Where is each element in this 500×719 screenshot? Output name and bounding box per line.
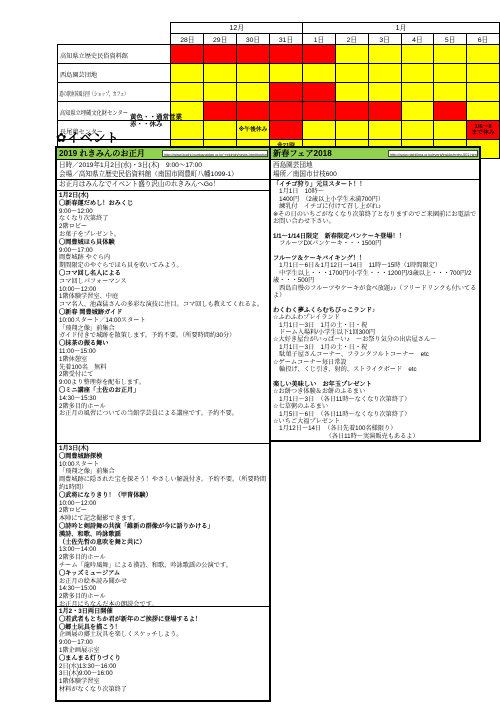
calendar-cell-open <box>368 64 401 83</box>
calendar-date-header: 5日 <box>434 34 467 45</box>
rekimin-event-panel: 2019 れきみんのお正月 http://www.kochi-bunkazaid… <box>55 146 271 702</box>
event-line: 漢詩、和歌、吟詠歌謡 <box>59 531 267 539</box>
calendar-month-row: 12月1月 <box>58 23 500 34</box>
event-line: ☆ゲームコーナー毎日常設 <box>273 359 477 366</box>
event-line: 1月2日(水) <box>59 192 267 200</box>
rekimin-venue: 会場／高知県立歴史民俗資料館（南国市岡豊町八幡1099-1） <box>59 170 267 179</box>
event-line: フルーツDXパンケーキ・・・1500円 <box>273 240 477 247</box>
calendar-cell-closed <box>303 83 336 102</box>
event-line: 中学生以上・・・1700円/小学生・・・1200円/3歳以上・・・700円/2歳… <box>273 270 477 285</box>
event-line: 1月3日(木) <box>59 445 267 453</box>
event-line: 2階多目的ホール <box>59 593 267 601</box>
event-line: 〇抹茶の振る舞い <box>59 340 267 348</box>
event-line: ガイド付きで城跡を散策します。予約不要。（所要時間約30分） <box>59 332 267 340</box>
calendar-cell-closed: 1/6～8 まで休み <box>467 121 500 140</box>
event-line: 1月1日 10時～ <box>273 188 477 195</box>
calendar-cell-closed <box>434 102 467 121</box>
event-line: 材料がなくなり次第終了 <box>59 686 267 694</box>
calendar-cell-open <box>204 121 237 140</box>
calendar-date-header: 31日 <box>269 34 302 45</box>
calendar-cell-closed <box>269 83 302 102</box>
event-line: 駄菓子屋さんコーナー、フランクフルトコーナー etc <box>273 351 477 358</box>
event-line: （土佐先哲の息吹を舞と共に） <box>59 539 267 547</box>
calendar-cell-open <box>368 83 401 102</box>
calendar-cell-open <box>467 64 500 83</box>
event-line: ☆大好き屋台がいっぱ～い♪ ～お祭り気分の出店屋さん～ <box>273 336 477 343</box>
rekimin-url[interactable]: http://www.kochi-bunkazaidan.or.jp/~reki… <box>162 150 268 157</box>
event-line: 1月1日～3日 1月の土・日・祝 <box>273 322 477 329</box>
event-line: お正月の風習についての当館学芸員による講座です。予約不要。 <box>59 410 267 418</box>
calendar-cell-open <box>401 45 434 64</box>
calendar-cell-closed <box>303 45 336 64</box>
event-line: 期間限定のやぐらでほら貝を吹いてみよう。 <box>59 262 267 270</box>
nishijima-event-panel: 新春フェア2018 http://www.nishijima.or.jp/eve… <box>269 146 481 442</box>
event-line: 11:00～15:00 <box>59 348 267 356</box>
calendar-row: 高知県立歴史民俗資料館 <box>58 45 500 64</box>
calendar-date-header: 1日 <box>303 34 336 45</box>
event-line: お菓子をプレゼント。 <box>59 231 267 239</box>
nishijima-section-main: 「イチゴ狩り」元旦スタート！！ 1月1日 10時～ 1400円 （2歳以上小学生… <box>271 180 479 440</box>
legend-closed: 赤・・休み <box>130 121 182 128</box>
calendar-cell-note: ※午後休み <box>237 127 269 133</box>
calendar-row: 長尾鶏センター※午後休み1/6～8 まで休み <box>58 121 500 140</box>
calendar-cell-open <box>335 121 368 140</box>
event-line: 1月5日～6日 （各日11時～なくなり次第終了） <box>273 411 477 418</box>
facility-name-label: 道の駅南国風良里（ショップ、カフェ） <box>58 89 128 98</box>
event-line: 1月1日～3日 （各日11時～なくなり次第終了） <box>273 396 477 403</box>
event-line: お正月の絵本読み聞かせ <box>59 578 267 586</box>
rekimin-intro: お正月はみんなでイベント盛り沢山のれきみんへGo！ <box>57 180 269 191</box>
calendar-cell-open <box>434 121 467 140</box>
event-line <box>273 299 477 306</box>
calendar-date-header: 30日 <box>237 34 270 45</box>
calendar-cell-closed <box>303 102 336 121</box>
event-line: 〇新春 岡豊城跡ガイド <box>59 309 267 317</box>
rekimin-datetime: 日時／2019年1月2日(水)・3日(木) 9:00～17:00 <box>59 161 267 170</box>
facility-name: 道の駅南国風良里（ショップ、カフェ） <box>58 83 171 102</box>
calendar-date-header: 4日 <box>401 34 434 45</box>
calendar-cell-note: 1/6～8 まで休み <box>467 124 499 137</box>
event-line: ☆お餅つき体験＆お餅のふるまい <box>273 388 477 395</box>
event-line: 14:30～15:00 <box>59 585 267 593</box>
event-line: 2階受付にて <box>59 371 267 379</box>
calendar-row: 道の駅南国風良里（ショップ、カフェ） <box>58 83 500 102</box>
facility-calendar-table: 12月1月 28日29日30日31日1日2日3日4日5日6日 高知県立歴史民俗資… <box>57 22 500 159</box>
calendar-cell-open <box>467 45 500 64</box>
calendar-cell-open <box>434 83 467 102</box>
calendar-cell-open <box>401 83 434 102</box>
event-line: 1階体験学習室 <box>59 678 267 686</box>
events-section-title: ✿イベント <box>56 128 119 146</box>
nishijima-url[interactable]: http://www.nishijima.or.jp/event/inside/… <box>388 150 478 157</box>
facility-name-label: 高知県立歴史民俗資料館 <box>58 51 128 60</box>
calendar-cell-open: ※午後休み <box>237 121 270 140</box>
event-line: 2階多目的ホール <box>59 554 267 562</box>
event-line: 9:00より整理券を配布します。 <box>59 379 267 387</box>
calendar-cell-closed <box>269 121 302 140</box>
nishijima-name: 西島園芸団地 <box>273 161 477 170</box>
calendar-cell-open <box>368 45 401 64</box>
calendar-cell-closed <box>204 102 237 121</box>
event-line: 〇詩吟と剣詩舞の共演「維新の群像が今に語りかける」 <box>59 523 267 531</box>
calendar-cell-closed <box>269 102 302 121</box>
rekimin-section-jan2: 1月2日(水)〇新春運だめし！おみくじ9:00～12:00なくなり次第終了2階ロ… <box>57 191 269 444</box>
nishijima-info: 西島園芸団地 場所／南国市廿枝600 <box>271 160 479 180</box>
calendar-cell-open <box>204 83 237 102</box>
facility-name-label: 高知県立埋蔵文化財センター <box>58 108 128 117</box>
event-line: 輪投げ、くじ引き、射的、ストライクボード etc <box>273 366 477 373</box>
facility-name: 高知県立歴史民俗資料館 <box>58 45 171 64</box>
facility-name: 西島園芸団地 <box>58 64 171 83</box>
page: 12月1月 28日29日30日31日1日2日3日4日5日6日 高知県立歴史民俗資… <box>0 0 500 719</box>
calendar-row: 西島園芸団地 <box>58 64 500 83</box>
calendar-cell-open <box>467 83 500 102</box>
event-line: 〇コマ回し名人による <box>59 270 267 278</box>
calendar-cell-open <box>237 83 270 102</box>
event-line: 1月1日～6日＆1月12日～14日 11時～15時（1時間限定） <box>273 262 477 269</box>
event-line <box>273 374 477 381</box>
calendar-cell-closed <box>204 45 237 64</box>
event-line: 西島自慢のフルーツやケーキが食べ放題♪♪（フリードリンクも付いてるよ） <box>273 285 477 300</box>
event-line: 1月12日～14日 （各日先着100名様限り） <box>273 425 477 432</box>
calendar-cell-closed <box>368 102 401 121</box>
calendar-cell-open <box>434 64 467 83</box>
calendar-cell-closed <box>269 45 302 64</box>
event-line: 3日(木)9:00～16:00 <box>59 670 267 678</box>
calendar-cell-closed <box>237 102 270 121</box>
event-line: ※その日のいちごがなくなり次第終了となりますのでご来園前にお電話でお問い合わせ下… <box>273 211 477 226</box>
calendar-date-header: 28日 <box>171 34 204 45</box>
event-line: 2階ロビー <box>59 223 267 231</box>
calendar-cell-closed <box>335 102 368 121</box>
event-line: 本陣にて記念撮影できます。 <box>59 515 267 523</box>
rekimin-info: 日時／2019年1月2日(水)・3日(木) 9:00～17:00 会場／高知県立… <box>57 160 269 180</box>
rekimin-section-jan3: 1月3日(木)〇岡豊城跡探検10:00スタート「飛翔之像」前集合岡豊城跡に隠され… <box>57 444 269 607</box>
event-line: チーム「龍吟風舞」による漢詩、和歌、吟詠歌謡の公演です。 <box>59 562 267 570</box>
calendar-cell-closed <box>171 45 204 64</box>
event-line: 〇若武者もとちか君が新年のご挨拶に登場するよ！ <box>59 616 267 624</box>
calendar-cell-open <box>434 45 467 64</box>
event-line: 岡豊城跡 やぐら内 <box>59 254 267 262</box>
calendar-cell-open <box>171 83 204 102</box>
calendar-legend: 黄色・・通常営業 赤・・休み <box>130 114 182 129</box>
event-line: 13:00～14:00 <box>59 546 267 554</box>
event-line: 10:00スタート／14:00スタート <box>59 317 267 325</box>
calendar-cell-open <box>335 64 368 83</box>
event-line: ☆ふわふわプレイランド <box>273 314 477 321</box>
event-line: 1/1～1/14日限定 新春限定パンケーキ登場！！ <box>273 233 477 240</box>
calendar-cell-open <box>335 45 368 64</box>
calendar-cell-open <box>368 121 401 140</box>
event-line: コマ回しパフォーマンス <box>59 278 267 286</box>
event-line: 1階休憩室 <box>59 356 267 364</box>
calendar-corner-blank <box>58 34 171 45</box>
calendar-cell-open <box>303 64 336 83</box>
calendar-date-header: 6日 <box>467 34 500 45</box>
calendar-cell-open <box>401 102 434 121</box>
calendar-cell-open <box>269 64 302 83</box>
event-line: 9:00～17:00 <box>59 639 267 647</box>
event-line: 1階企画展示室 <box>59 647 267 655</box>
calendar-month-header: 12月 <box>171 23 303 34</box>
calendar-cell-open <box>171 64 204 83</box>
calendar-corner-blank <box>58 23 171 34</box>
event-line: 練乳付 イチゴに付けて召し上がれ♪ <box>273 203 477 210</box>
event-line: 〇ミニ講座「土佐のお正月」 <box>59 387 267 395</box>
event-line: 〇武将になりきり！（甲冑体験） <box>59 492 267 500</box>
facility-name-label: 西島園芸団地 <box>58 70 97 79</box>
calendar-cell-closed <box>237 45 270 64</box>
calendar-cell-open <box>401 64 434 83</box>
rekimin-title: 2019 れきみんのお正月 <box>57 148 145 159</box>
event-line: 岡豊城跡に隠された宝を探そう！やさしい解説付き。予約不要。（所要時間約1時間） <box>59 476 267 492</box>
nishijima-address: 場所／南国市廿枝600 <box>273 170 477 179</box>
event-line: 〇キッズミュージアム <box>59 570 267 578</box>
event-line: 〇まんまる灯りづくり <box>59 655 267 663</box>
event-line <box>273 248 477 255</box>
nishijima-title: 新春フェア2018 <box>271 148 332 159</box>
event-line: 〇岡豊城跡探検 <box>59 453 267 461</box>
event-line: ☆七草粥のふるまい <box>273 403 477 410</box>
event-line: 10:00～12:00 <box>59 500 267 508</box>
event-line <box>273 225 477 232</box>
event-line: （各日11時～実演販売もあるよ） <box>273 433 477 440</box>
event-line: なくなり次第終了 <box>59 215 267 223</box>
rekimin-header: 2019 れきみんのお正月 http://www.kochi-bunkazaid… <box>57 148 269 160</box>
calendar-cell-open <box>204 64 237 83</box>
calendar-cell-open <box>467 102 500 121</box>
calendar-row: 高知県立埋蔵文化財センター <box>58 102 500 121</box>
calendar-cell-open <box>237 64 270 83</box>
event-line: 〇岡豊城ほら貝体験 <box>59 239 267 247</box>
event-line: わくわく夢ふくらむちびっこランド♪ <box>273 307 477 314</box>
calendar-month-header: 1月 <box>303 23 500 34</box>
event-line: 企画展の郷土玩具を楽しくスケッチしよう。 <box>59 631 267 639</box>
nishijima-header: 新春フェア2018 http://www.nishijima.or.jp/eve… <box>271 148 479 160</box>
rekimin-section-both-days: 1月2・3日両日開催〇若武者もとちか君が新年のご挨拶に登場するよ！〇郷土玩具を描… <box>57 607 269 700</box>
event-line: コマ名人、池森猛さんの多彩な演技に注目。コマ回しも教えてくれるよ。 <box>59 301 267 309</box>
event-line: 14:30～15:30 <box>59 395 267 403</box>
event-line: 〇新春運だめし！おみくじ <box>59 200 267 208</box>
calendar-cell-open <box>401 121 434 140</box>
calendar-date-row: 28日29日30日31日1日2日3日4日5日6日 <box>58 34 500 45</box>
calendar-date-header: 3日 <box>368 34 401 45</box>
calendar-cell-open <box>303 121 336 140</box>
event-line: 1階体験学習室、中庭 <box>59 293 267 301</box>
event-line: 2階ロビー <box>59 507 267 515</box>
event-line: 1月2・3日両日開催 <box>59 608 267 616</box>
calendar-cell-open <box>335 83 368 102</box>
calendar-date-header: 29日 <box>204 34 237 45</box>
calendar-date-header: 2日 <box>335 34 368 45</box>
